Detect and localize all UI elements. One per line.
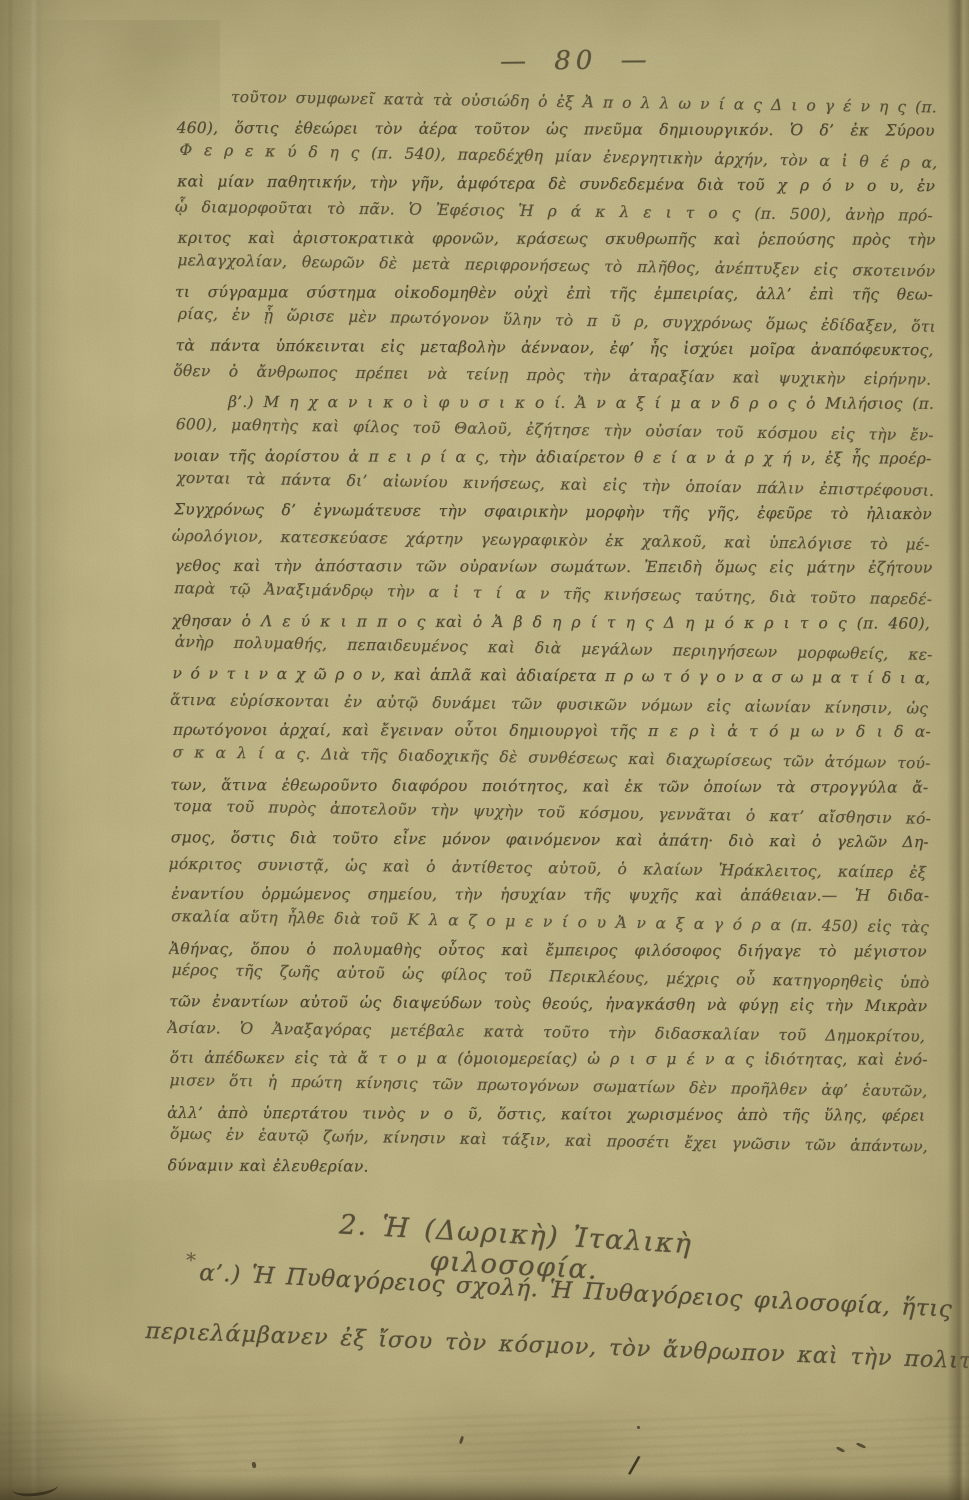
- page-edge-right-line: [947, 0, 969, 1500]
- paper-crease: [9, 0, 13, 1500]
- page-edge-bottom-shadow: [0, 1474, 969, 1500]
- body-text: τοῦτον συμφωνεῖ κατὰ τὰ οὐσιώδη ὁ ἐξ Ἀ π…: [168, 85, 936, 1186]
- paper-crease: [32, 0, 40, 1500]
- margin-asterisk-mark: *: [186, 1248, 197, 1272]
- subsection-line-2: περιελάμβανεν ἐξ ἴσου τὸν κόσμον, τὸν ἄν…: [145, 1318, 969, 1374]
- paper-speck: [637, 1426, 640, 1429]
- text-line: δύναμιν καὶ ἐλευθερίαν.: [168, 1153, 926, 1185]
- scanned-page: — 80 — τοῦτον συμφωνεῖ κατὰ τὰ οὐσιώδη ὁ…: [0, 0, 969, 1500]
- page-number: — 80 —: [500, 45, 652, 77]
